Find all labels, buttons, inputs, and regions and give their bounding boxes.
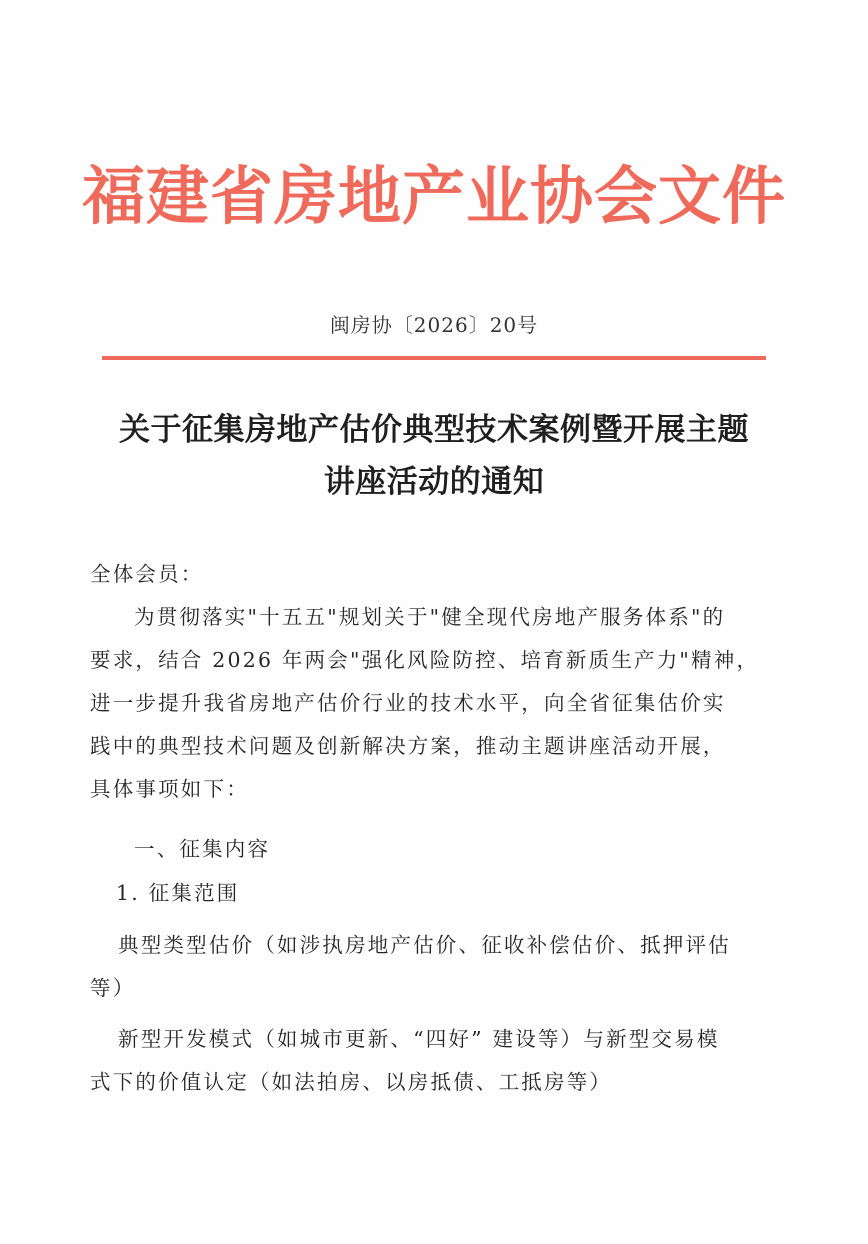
title-line-1: 关于征集房地产估价典型技术案例暨开展主题 [60, 404, 808, 456]
sub-heading: 1. 征集范围 [116, 872, 716, 915]
red-divider-line [102, 356, 766, 360]
scope-item-1-line-1: 典型类型估价（如涉执房地产估价、征收补偿估价、抵押评估 [90, 924, 766, 967]
scope-item-2: 新型开发模式（如城市更新、“四好” 建设等）与新型交易模 式下的价值认定（如法拍… [90, 1018, 766, 1104]
scope-item-2-line-1: 新型开发模式（如城市更新、“四好” 建设等）与新型交易模 [90, 1018, 766, 1061]
scope-item-1-line-2: 等） [90, 967, 766, 1010]
intro-paragraph: 为贯彻落实"十五五"规划关于"健全现代房地产服务体系"的 要求，结合 2026 … [90, 596, 766, 811]
scope-item-1: 典型类型估价（如涉执房地产估价、征收补偿估价、抵押评估 等） [90, 924, 766, 1010]
document-title: 关于征集房地产估价典型技术案例暨开展主题 讲座活动的通知 [60, 404, 808, 508]
intro-line-4: 践中的典型技术问题及创新解决方案，推动主题讲座活动开展， [90, 725, 766, 768]
section-heading: 一、征集内容 [134, 828, 734, 871]
intro-line-3: 进一步提升我省房地产估价行业的技术水平，向全省征集估价实 [90, 682, 766, 725]
document-number: 闽房协〔2026〕20号 [0, 311, 868, 339]
scope-item-2-line-2: 式下的价值认定（如法拍房、以房抵债、工抵房等） [90, 1061, 766, 1104]
salutation: 全体会员： [90, 553, 766, 596]
title-line-2: 讲座活动的通知 [60, 456, 808, 508]
intro-line-2: 要求，结合 2026 年两会"强化风险防控、培育新质生产力"精神， [90, 639, 766, 682]
organization-header: 福建省房地产业协会文件 [0, 158, 868, 234]
intro-line-1: 为贯彻落实"十五五"规划关于"健全现代房地产服务体系"的 [90, 596, 766, 639]
document-page: 福建省房地产业协会文件 闽房协〔2026〕20号 关于征集房地产估价典型技术案例… [0, 0, 868, 1244]
intro-line-5: 具体事项如下： [90, 768, 766, 811]
